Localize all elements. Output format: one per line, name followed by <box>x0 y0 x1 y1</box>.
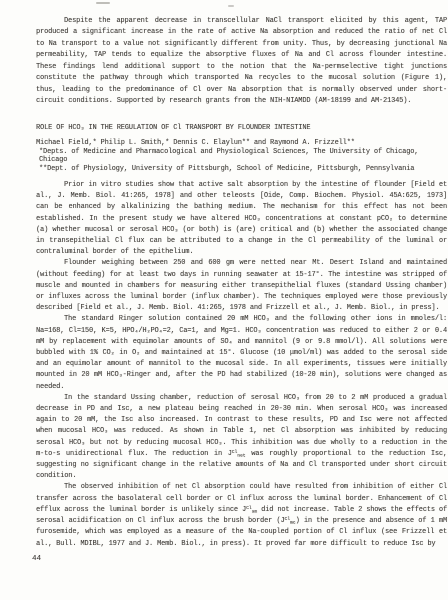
paragraph-ussing-results: In the standard Ussing chamber, reductio… <box>36 393 447 483</box>
section-title: ROLE OF HCO₃ IN THE REGULATION OF Cl TRA… <box>36 124 447 133</box>
affiliation-chicago: *Depts. of Medicine and Pharmacological … <box>36 148 447 165</box>
continuation-paragraph: Despite the apparent decrease in transce… <box>36 16 447 108</box>
scan-artifact <box>228 5 234 7</box>
affiliation-pittsburgh: **Dept. of Physiology, University of Pit… <box>36 165 447 174</box>
scanned-paper-page: Despite the apparent decrease in transce… <box>0 0 448 600</box>
paragraph-inhibition-discussion: The observed inhibition of net Cl absorp… <box>36 482 447 549</box>
paragraph-ringer-solution: The standard Ringer solution contained 2… <box>36 314 447 392</box>
abstract-body: Prior in vitro studies show that active … <box>36 180 447 550</box>
author-affiliation-block: Michael Field,* Philip L. Smith,* Dennis… <box>36 139 447 174</box>
paragraph-animals: Flounder weighing between 250 and 600 gm… <box>36 258 447 314</box>
author-line: Michael Field,* Philip L. Smith,* Dennis… <box>36 139 447 148</box>
scan-artifact <box>96 2 110 4</box>
page-number: 44 <box>32 555 41 563</box>
paragraph-methods-intro: Prior in vitro studies show that active … <box>36 180 447 258</box>
